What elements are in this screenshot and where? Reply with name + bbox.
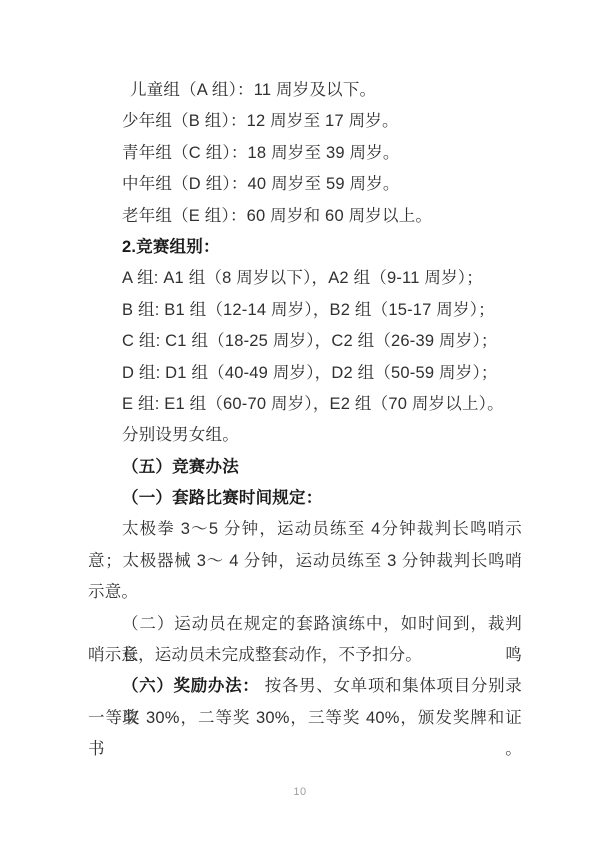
time-rule-line-2: 意；太极器械 3～ 4 分钟，运动员练至 3 分钟裁判长鸣哨 bbox=[88, 546, 522, 577]
overtime-rule-line-1: （二）运动员在规定的套路演练中，如时间到，裁判长鸣 bbox=[88, 609, 522, 640]
age-group-middle-aged: 中年组（D 组）：40 周岁至 59 周岁。 bbox=[88, 169, 522, 200]
award-method-line-1: （六）奖励办法： 按各男、女单项和集体项目分别录取 bbox=[88, 671, 522, 702]
gender-groups-note: 分别设男女组。 bbox=[88, 420, 522, 451]
time-rule-line-3: 示意。 bbox=[88, 577, 522, 608]
group-a-definition: A 组: A1 组（8 周岁以下），A2 组（9-11 周岁）； bbox=[88, 263, 522, 294]
document-page: 儿童组（A 组）：11 周岁及以下。 少年组（B 组）：12 周岁至 17 周岁… bbox=[0, 0, 600, 849]
age-group-juniors: 少年组（B 组）：12 周岁至 17 周岁。 bbox=[88, 106, 522, 137]
document-body: 儿童组（A 组）：11 周岁及以下。 少年组（B 组）：12 周岁至 17 周岁… bbox=[88, 75, 522, 734]
group-e-definition: E 组: E1 组（60-70 周岁），E2 组（70 周岁以上）。 bbox=[88, 389, 522, 420]
heading-routine-time-rule: （一）套路比赛时间规定： bbox=[88, 483, 522, 514]
group-b-definition: B 组: B1 组（12-14 周岁），B2 组（15-17 周岁）； bbox=[88, 295, 522, 326]
age-group-seniors: 老年组（E 组）：60 周岁和 60 周岁以上。 bbox=[88, 201, 522, 232]
award-method-heading: （六）奖励办法： bbox=[122, 677, 259, 695]
group-d-definition: D 组: D1 组（40-49 周岁），D2 组（50-59 周岁）； bbox=[88, 358, 522, 389]
age-group-children: 儿童组（A 组）：11 周岁及以下。 bbox=[88, 75, 522, 106]
heading-competition-groups: 2.竞赛组别： bbox=[88, 232, 522, 263]
heading-competition-method: （五）竞赛办法 bbox=[88, 452, 522, 483]
time-rule-line-1: 太极拳 3～5 分钟，运动员练至 4分钟裁判长鸣哨示 bbox=[88, 514, 522, 545]
group-c-definition: C 组: C1 组（18-25 周岁），C2 组（26-39 周岁）； bbox=[88, 326, 522, 357]
page-number: 10 bbox=[0, 786, 600, 798]
age-group-youth: 青年组（C 组）：18 周岁至 39 周岁。 bbox=[88, 138, 522, 169]
award-method-line-2: 一等奖 30%，二等奖 30%，三等奖 40%，颁发奖牌和证书。 bbox=[88, 703, 522, 734]
